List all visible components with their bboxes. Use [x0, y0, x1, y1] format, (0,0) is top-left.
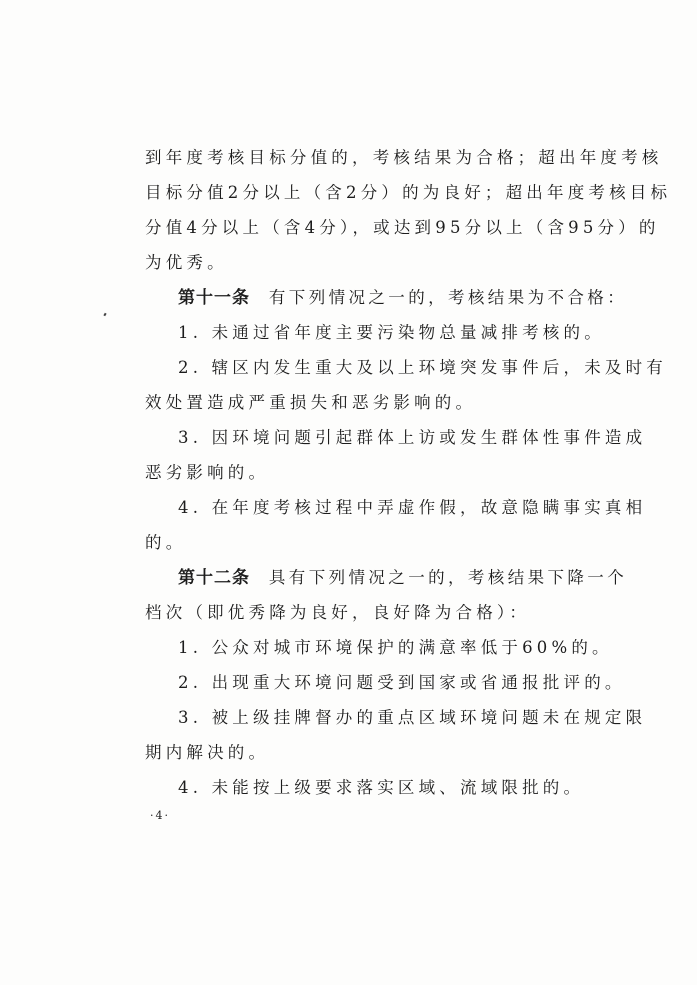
- article-11-item-3: 3. 因环境问题引起群体上访或发生群体性事件造成: [145, 420, 595, 455]
- article-12-heading-line: 第十二条 具有下列情况之一的，考核结果下降一个: [145, 560, 595, 595]
- page-number: ·4·: [150, 809, 170, 822]
- scan-speck: [103, 313, 106, 317]
- article-11-item-2-cont: 效处置造成严重损失和恶劣影响的。: [145, 385, 595, 420]
- text-line: 为优秀。: [145, 245, 595, 280]
- article-11-item-2: 2. 辖区内发生重大及以上环境突发事件后，未及时有: [145, 350, 595, 385]
- article-12-item-3: 3. 被上级挂牌督办的重点区域环境问题未在规定限: [145, 700, 595, 735]
- article-12-item-2: 2. 出现重大环境问题受到国家或省通报批评的。: [145, 665, 595, 700]
- article-12-item-3-cont: 期内解决的。: [145, 735, 595, 770]
- article-12-item-1: 1. 公众对城市环境保护的满意率低于60%的。: [145, 630, 595, 665]
- document-page: 到年度考核目标分值的，考核结果为合格；超出年度考核 目标分值2分以上（含2分）的…: [0, 0, 697, 985]
- article-12-item-4: 4. 未能按上级要求落实区域、流域限批的。: [145, 770, 595, 805]
- text-line: 到年度考核目标分值的，考核结果为合格；超出年度考核: [145, 140, 595, 175]
- article-12-intro-cont: 档次（即优秀降为良好，良好降为合格）：: [145, 595, 595, 630]
- article-12-intro: 具有下列情况之一的，考核结果下降一个: [269, 568, 627, 587]
- document-body: 到年度考核目标分值的，考核结果为合格；超出年度考核 目标分值2分以上（含2分）的…: [145, 140, 595, 805]
- article-11-heading-line: 第十一条 有下列情况之一的，考核结果为不合格：: [145, 280, 595, 315]
- article-11-item-1: 1. 未通过省年度主要污染物总量减排考核的。: [145, 315, 595, 350]
- text-line: 分值4分以上（含4分），或达到95分以上（含95分）的: [145, 210, 595, 245]
- text-line: 目标分值2分以上（含2分）的为良好；超出年度考核目标: [145, 175, 595, 210]
- article-11-item-4-cont: 的。: [145, 525, 595, 560]
- article-11-item-3-cont: 恶劣影响的。: [145, 455, 595, 490]
- article-11-item-4: 4. 在年度考核过程中弄虚作假，故意隐瞒事实真相: [145, 490, 595, 525]
- article-12-title: 第十二条: [178, 568, 250, 588]
- article-11-title: 第十一条: [178, 288, 250, 308]
- article-11-intro: 有下列情况之一的，考核结果为不合格：: [269, 288, 627, 307]
